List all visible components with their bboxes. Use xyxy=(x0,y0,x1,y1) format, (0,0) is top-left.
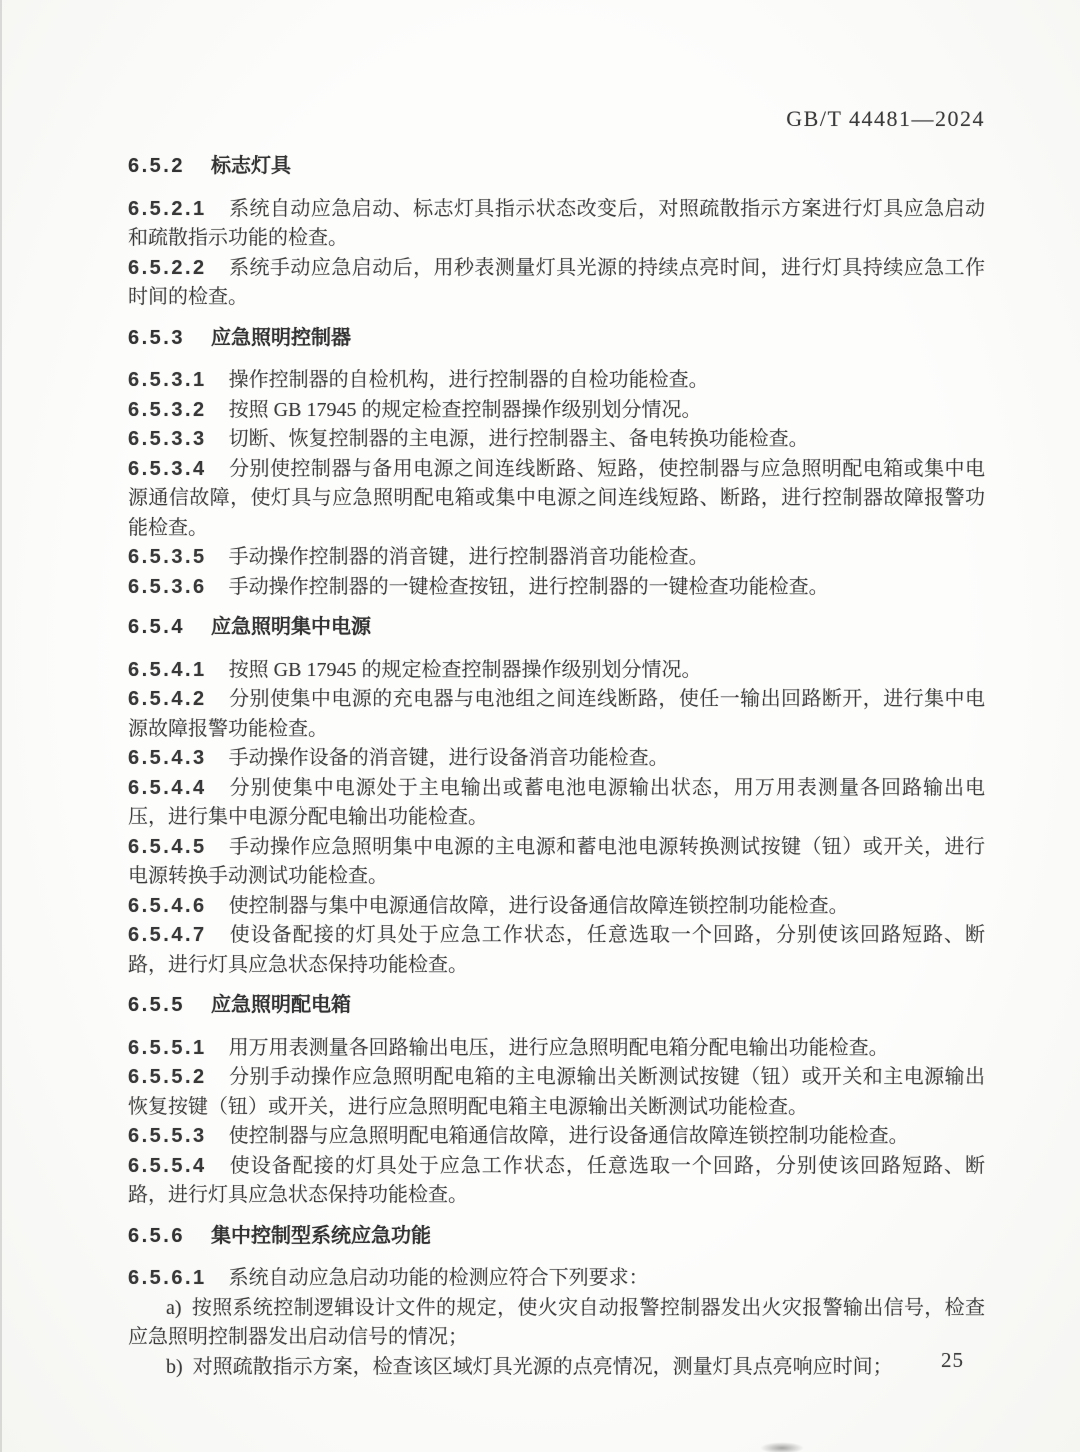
clause-number: 6.5.3.2 xyxy=(128,399,207,421)
clause-number: 6.5.3.6 xyxy=(128,576,207,598)
section-heading: 6.5.6集中控制型系统应急功能 xyxy=(128,1222,985,1252)
clause-number: 6.5.3.5 xyxy=(128,546,207,568)
clause-text: 分别使集中电源的充电器与电池组之间连线断路，使任一输出回路断开，进行集中电源故障… xyxy=(128,688,985,740)
clause: 6.5.3.5手动操作控制器的消音键，进行控制器消音功能检查。 xyxy=(128,543,985,573)
clause: 6.5.5.3使控制器与应急照明配电箱通信故障，进行设备通信故障连锁控制功能检查… xyxy=(128,1122,985,1152)
section-number: 6.5.6 xyxy=(128,1225,185,1247)
subclause: a)按照系统控制逻辑设计文件的规定，使火灾自动报警控制器发出火灾报警输出信号，检… xyxy=(128,1294,985,1353)
clause: 6.5.2.1系统自动应急启动、标志灯具指示状态改变后，对照疏散指示方案进行灯具… xyxy=(128,195,985,254)
document-body: 6.5.2标志灯具6.5.2.1系统自动应急启动、标志灯具指示状态改变后，对照疏… xyxy=(128,152,985,1382)
clause: 6.5.5.1用万用表测量各回路输出电压，进行应急照明配电箱分配电输出功能检查。 xyxy=(128,1034,985,1064)
subclause-text: 按照系统控制逻辑设计文件的规定，使火灾自动报警控制器发出火灾报警输出信号，检查应… xyxy=(128,1297,985,1349)
subclause-label: b) xyxy=(166,1356,183,1378)
clause-text: 使设备配接的灯具处于应急工作状态，任意选取一个回路，分别使该回路短路、断路，进行… xyxy=(128,1155,985,1207)
clause-number: 6.5.3.3 xyxy=(128,428,207,450)
section-title: 应急照明控制器 xyxy=(211,327,351,349)
clause: 6.5.6.1系统自动应急启动功能的检测应符合下列要求： xyxy=(128,1264,985,1294)
clause: 6.5.4.3手动操作设备的消音键，进行设备消音功能检查。 xyxy=(128,744,985,774)
clause-text: 手动操作控制器的一键检查按钮，进行控制器的一键检查功能检查。 xyxy=(229,576,829,598)
clause-text: 切断、恢复控制器的主电源，进行控制器主、备电转换功能检查。 xyxy=(229,428,809,450)
clause: 6.5.5.2分别手动操作应急照明配电箱的主电源输出关断测试按键（钮）或开关和主… xyxy=(128,1063,985,1122)
clause: 6.5.4.1按照 GB 17945 的规定检查控制器操作级别划分情况。 xyxy=(128,656,985,686)
clause-text: 手动操作控制器的消音键，进行控制器消音功能检查。 xyxy=(229,546,709,568)
scan-smudge-artifact xyxy=(760,1442,804,1452)
clause-text: 系统自动应急启动、标志灯具指示状态改变后，对照疏散指示方案进行灯具应急启动和疏散… xyxy=(128,198,985,250)
clause-number: 6.5.4.7 xyxy=(128,924,207,946)
document-page: GB/T 44481—2024 6.5.2标志灯具6.5.2.1系统自动应急启动… xyxy=(0,0,1080,1452)
clause-number: 6.5.3.1 xyxy=(128,369,207,391)
section-title: 应急照明集中电源 xyxy=(211,616,371,638)
clause-number: 6.5.4.6 xyxy=(128,895,207,917)
clause-text: 分别手动操作应急照明配电箱的主电源输出关断测试按键（钮）或开关和主电源输出恢复按… xyxy=(128,1066,985,1118)
page-number: 25 xyxy=(941,1348,964,1373)
clause: 6.5.3.2按照 GB 17945 的规定检查控制器操作级别划分情况。 xyxy=(128,396,985,426)
clause-text: 分别使控制器与备用电源之间连线断路、短路，使控制器与应急照明配电箱或集中电源通信… xyxy=(128,458,985,539)
clause-number: 6.5.5.2 xyxy=(128,1066,207,1088)
clause-text: 按照 GB 17945 的规定检查控制器操作级别划分情况。 xyxy=(229,399,702,421)
clause: 6.5.2.2系统手动应急启动后，用秒表测量灯具光源的持续点亮时间，进行灯具持续… xyxy=(128,254,985,313)
clause-number: 6.5.4.1 xyxy=(128,659,207,681)
clause-text: 按照 GB 17945 的规定检查控制器操作级别划分情况。 xyxy=(229,659,702,681)
clause: 6.5.3.3切断、恢复控制器的主电源，进行控制器主、备电转换功能检查。 xyxy=(128,425,985,455)
section-title: 标志灯具 xyxy=(211,155,291,177)
subclause-text: 对照疏散指示方案，检查该区域灯具光源的点亮情况，测量灯具点亮响应时间； xyxy=(193,1356,893,1378)
clause-text: 用万用表测量各回路输出电压，进行应急照明配电箱分配电输出功能检查。 xyxy=(229,1037,889,1059)
clause: 6.5.3.1操作控制器的自检机构，进行控制器的自检功能检查。 xyxy=(128,366,985,396)
section-number: 6.5.4 xyxy=(128,616,185,638)
standard-number: GB/T 44481—2024 xyxy=(786,106,985,132)
clause: 6.5.4.4分别使集中电源处于主电输出或蓄电池电源输出状态，用万用表测量各回路… xyxy=(128,774,985,833)
clause-number: 6.5.4.4 xyxy=(128,777,207,799)
clause-text: 系统手动应急启动后，用秒表测量灯具光源的持续点亮时间，进行灯具持续应急工作时间的… xyxy=(128,257,985,309)
clause-number: 6.5.2.2 xyxy=(128,257,207,279)
clause-number: 6.5.5.4 xyxy=(128,1155,207,1177)
clause: 6.5.3.4分别使控制器与备用电源之间连线断路、短路，使控制器与应急照明配电箱… xyxy=(128,455,985,544)
clause-text: 使控制器与应急照明配电箱通信故障，进行设备通信故障连锁控制功能检查。 xyxy=(229,1125,909,1147)
subclause: b)对照疏散指示方案，检查该区域灯具光源的点亮情况，测量灯具点亮响应时间； xyxy=(128,1353,985,1383)
clause-text: 使控制器与集中电源通信故障，进行设备通信故障连锁控制功能检查。 xyxy=(229,895,849,917)
clause-number: 6.5.4.5 xyxy=(128,836,207,858)
section-number: 6.5.3 xyxy=(128,327,185,349)
clause-number: 6.5.2.1 xyxy=(128,198,207,220)
clause-number: 6.5.3.4 xyxy=(128,458,207,480)
section-heading: 6.5.3应急照明控制器 xyxy=(128,324,985,354)
section-title: 集中控制型系统应急功能 xyxy=(211,1225,431,1247)
clause-number: 6.5.5.3 xyxy=(128,1125,207,1147)
clause: 6.5.3.6手动操作控制器的一键检查按钮，进行控制器的一键检查功能检查。 xyxy=(128,573,985,603)
clause-text: 系统自动应急启动功能的检测应符合下列要求： xyxy=(229,1267,649,1289)
clause-text: 手动操作应急照明集中电源的主电源和蓄电池电源转换测试按键（钮）或开关，进行电源转… xyxy=(128,836,985,888)
clause-text: 手动操作设备的消音键，进行设备消音功能检查。 xyxy=(229,747,669,769)
clause: 6.5.4.7使设备配接的灯具处于应急工作状态，任意选取一个回路，分别使该回路短… xyxy=(128,921,985,980)
scan-edge-artifact xyxy=(0,0,2,1452)
section-number: 6.5.2 xyxy=(128,155,185,177)
clause: 6.5.4.6使控制器与集中电源通信故障，进行设备通信故障连锁控制功能检查。 xyxy=(128,892,985,922)
clause: 6.5.4.5手动操作应急照明集中电源的主电源和蓄电池电源转换测试按键（钮）或开… xyxy=(128,833,985,892)
section-heading: 6.5.4应急照明集中电源 xyxy=(128,613,985,643)
clause-number: 6.5.4.3 xyxy=(128,747,207,769)
section-title: 应急照明配电箱 xyxy=(211,994,351,1016)
subclause-label: a) xyxy=(166,1297,182,1319)
section-number: 6.5.5 xyxy=(128,994,185,1016)
clause-number: 6.5.4.2 xyxy=(128,688,207,710)
clause-text: 操作控制器的自检机构，进行控制器的自检功能检查。 xyxy=(229,369,709,391)
clause-number: 6.5.6.1 xyxy=(128,1267,207,1289)
clause-text: 分别使集中电源处于主电输出或蓄电池电源输出状态，用万用表测量各回路输出电压，进行… xyxy=(128,777,985,829)
section-heading: 6.5.5应急照明配电箱 xyxy=(128,991,985,1021)
clause-text: 使设备配接的灯具处于应急工作状态，任意选取一个回路，分别使该回路短路、断路，进行… xyxy=(128,924,985,976)
clause-number: 6.5.5.1 xyxy=(128,1037,207,1059)
section-heading: 6.5.2标志灯具 xyxy=(128,152,985,182)
clause: 6.5.4.2分别使集中电源的充电器与电池组之间连线断路，使任一输出回路断开，进… xyxy=(128,685,985,744)
clause: 6.5.5.4使设备配接的灯具处于应急工作状态，任意选取一个回路，分别使该回路短… xyxy=(128,1152,985,1211)
